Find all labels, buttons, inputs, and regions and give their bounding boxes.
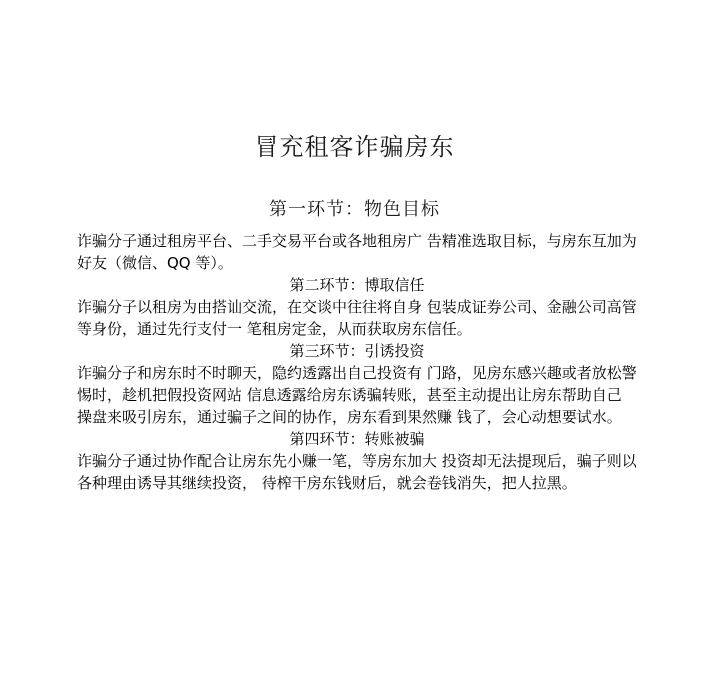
section-heading-2: 第二环节：博取信任: [77, 274, 637, 296]
section-heading-4: 第四环节：转账被骗: [77, 428, 637, 450]
document-body: 诈骗分子通过租房平台、二手交易平台或各地租房广 告精准选取目标，与房东互加为好友…: [77, 230, 637, 494]
document-title: 冒充租客诈骗房东: [0, 130, 709, 164]
section-body-1: 诈骗分子通过租房平台、二手交易平台或各地租房广 告精准选取目标，与房东互加为好友…: [77, 230, 637, 274]
section-body-2: 诈骗分子以租房为由搭讪交流，在交谈中往往将自身 包装成证券公司、金融公司高管等身…: [77, 296, 637, 340]
document-page: 冒充租客诈骗房东 第一环节：物色目标 诈骗分子通过租房平台、二手交易平台或各地租…: [0, 0, 709, 682]
section-heading-3: 第三环节：引诱投资: [77, 340, 637, 362]
section-body-4: 诈骗分子通过协作配合让房东先小赚一笔，等房东加大 投资却无法提现后，骗子则以各种…: [77, 450, 637, 494]
section-body-3: 诈骗分子和房东时不时聊天，隐约透露出自己投资有 门路，见房东感兴趣或者放松警惕时…: [77, 362, 637, 428]
section-heading-1: 第一环节：物色目标: [0, 196, 709, 224]
